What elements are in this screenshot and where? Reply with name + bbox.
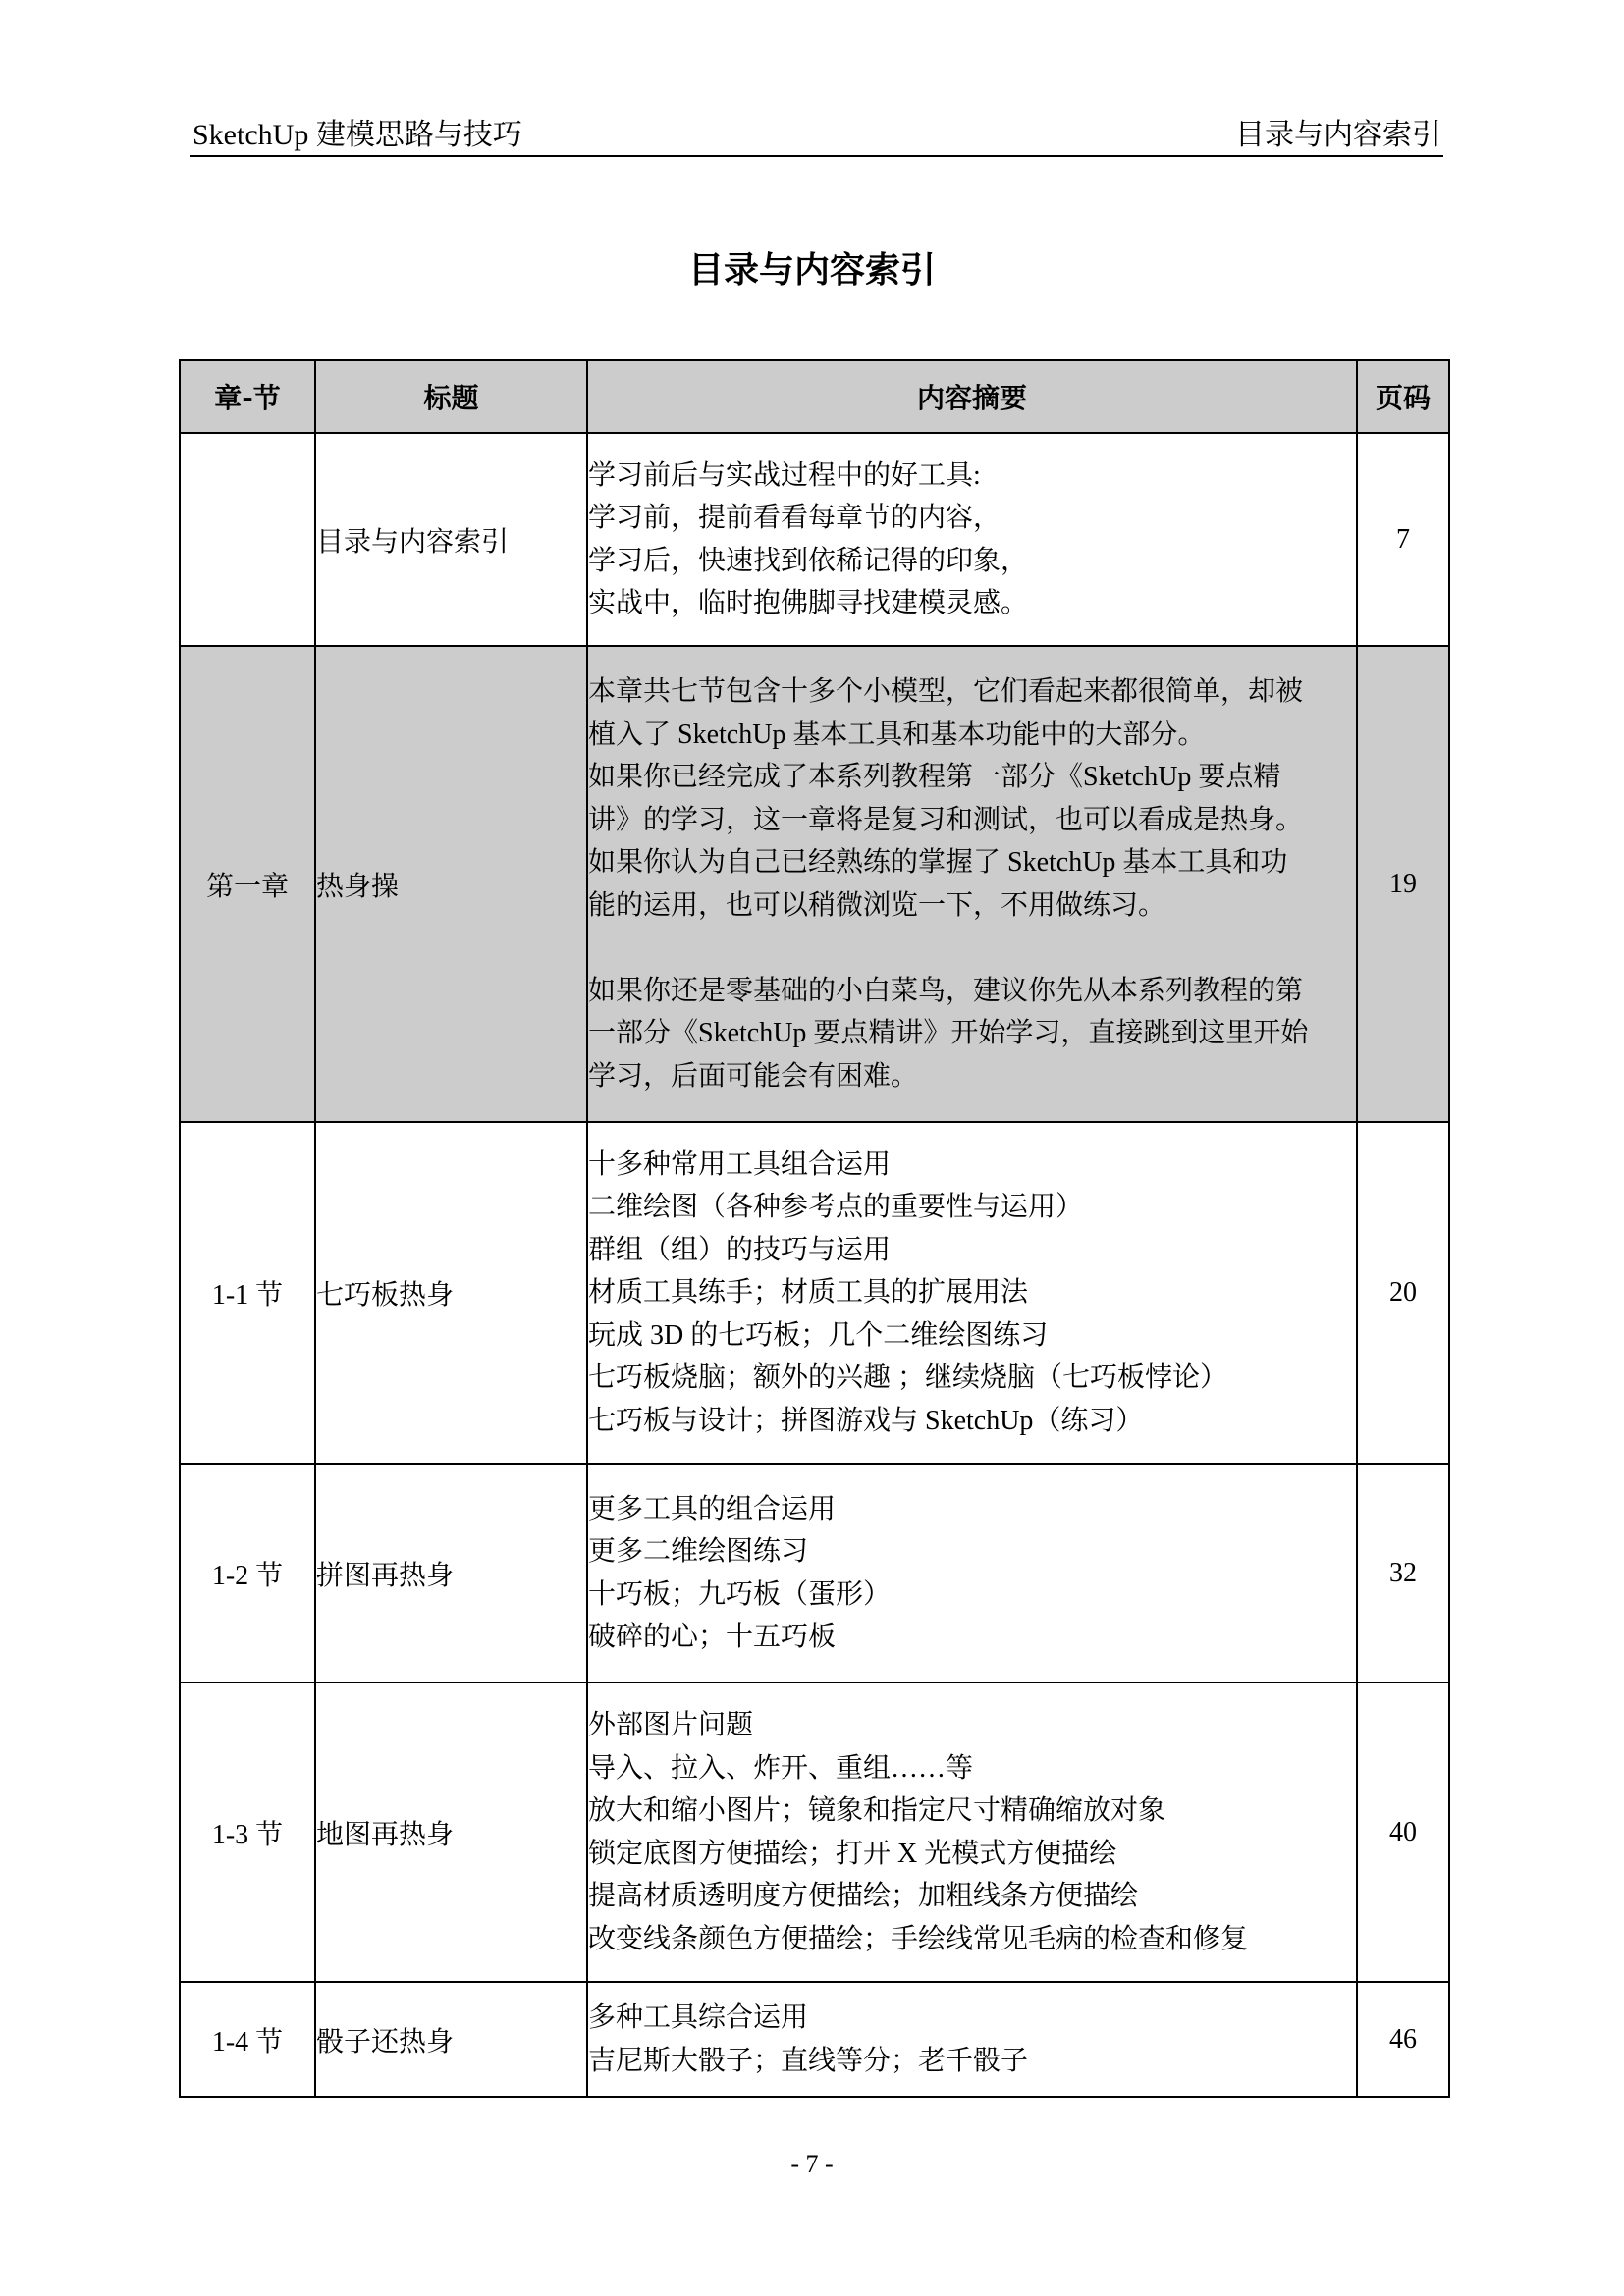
summary-cell: 多种工具综合运用 吉尼斯大骰子；直线等分；老千骰子	[587, 1982, 1357, 2097]
summary-line: 十多种常用工具组合运用	[588, 1144, 1356, 1187]
summary-line: 提高材质透明度方便描绘；加粗线条方便描绘	[588, 1875, 1356, 1918]
summary-line: 多种工具综合运用	[588, 1997, 1356, 2040]
summary-line: 能的运用，也可以稍微浏览一下，不用做练习。	[588, 884, 1356, 928]
book-title: SketchUp 建模思路与技巧	[192, 118, 522, 153]
summary-line: 群组（组）的技巧与运用	[588, 1229, 1356, 1272]
summary-line: 如果你还是零基础的小白菜鸟，建议你先从本系列教程的第	[588, 970, 1356, 1013]
summary-line: 更多二维绘图练习	[588, 1530, 1356, 1574]
section-cell	[180, 433, 315, 646]
summary-line: 七巧板烧脑；额外的兴趣 ；继续烧脑（七巧板悖论）	[588, 1357, 1356, 1400]
summary-line: 七巧板与设计；拼图游戏与 SketchUp（练习）	[588, 1400, 1356, 1443]
summary-line: 学习后，快速找到依稀记得的印象，	[588, 540, 1356, 583]
summary-line: 十巧板；九巧板（蛋形）	[588, 1574, 1356, 1617]
summary-cell: 本章共七节包含十多个小模型，它们看起来都很简单，却被 植入了 SketchUp …	[587, 646, 1357, 1122]
summary-cell: 十多种常用工具组合运用 二维绘图（各种参考点的重要性与运用） 群组（组）的技巧与…	[587, 1122, 1357, 1464]
column-header-title: 标题	[315, 360, 587, 433]
title-cell: 目录与内容索引	[315, 433, 587, 646]
summary-line: 学习，后面可能会有困难。	[588, 1055, 1356, 1098]
table-row: 1-3 节 地图再热身 外部图片问题 导入、拉入、炸开、重组……等 放大和缩小图…	[180, 1682, 1449, 1982]
summary-line: 吉尼斯大骰子；直线等分；老千骰子	[588, 2040, 1356, 2083]
page-cell: 46	[1357, 1982, 1449, 2097]
summary-line: 学习前后与实战过程中的好工具:	[588, 454, 1356, 498]
toc-table: 章-节 标题 内容摘要 页码 目录与内容索引 学习前后与实战过程中的好工具: 学…	[179, 359, 1450, 2098]
table-row: 第一章 热身操 本章共七节包含十多个小模型，它们看起来都很简单，却被 植入了 S…	[180, 646, 1449, 1122]
section-cell: 第一章	[180, 646, 315, 1122]
summary-line: 破碎的心；十五巧板	[588, 1616, 1356, 1659]
section-cell: 1-1 节	[180, 1122, 315, 1464]
summary-line: 更多工具的组合运用	[588, 1488, 1356, 1531]
table-header-row: 章-节 标题 内容摘要 页码	[180, 360, 1449, 433]
summary-line: 实战中，临时抱佛脚寻找建模灵感。	[588, 582, 1356, 625]
summary-line: 改变线条颜色方便描绘；手绘线常见毛病的检查和修复	[588, 1918, 1356, 1961]
summary-line: 学习前，提前看看每章节的内容，	[588, 497, 1356, 540]
summary-line: 植入了 SketchUp 基本工具和基本功能中的大部分。	[588, 714, 1356, 757]
summary-line: 一部分《SketchUp 要点精讲》开始学习，直接跳到这里开始	[588, 1012, 1356, 1055]
page-cell: 20	[1357, 1122, 1449, 1464]
summary-line: 如果你认为自己已经熟练的掌握了 SketchUp 基本工具和功	[588, 841, 1356, 884]
summary-line: 外部图片问题	[588, 1704, 1356, 1747]
page-cell: 7	[1357, 433, 1449, 646]
summary-line: 锁定底图方便描绘；打开 X 光模式方便描绘	[588, 1833, 1356, 1876]
summary-cell: 外部图片问题 导入、拉入、炸开、重组……等 放大和缩小图片；镜象和指定尺寸精确缩…	[587, 1682, 1357, 1982]
table-row: 1-1 节 七巧板热身 十多种常用工具组合运用 二维绘图（各种参考点的重要性与运…	[180, 1122, 1449, 1464]
summary-line: 导入、拉入、炸开、重组……等	[588, 1747, 1356, 1790]
column-header-section: 章-节	[180, 360, 315, 433]
title-cell: 拼图再热身	[315, 1464, 587, 1682]
title-cell: 热身操	[315, 646, 587, 1122]
summary-cell: 学习前后与实战过程中的好工具: 学习前，提前看看每章节的内容， 学习后，快速找到…	[587, 433, 1357, 646]
table-row: 目录与内容索引 学习前后与实战过程中的好工具: 学习前，提前看看每章节的内容， …	[180, 433, 1449, 646]
summary-blank-line	[588, 927, 1356, 970]
column-header-summary: 内容摘要	[587, 360, 1357, 433]
chapter-title: 目录与内容索引	[1235, 118, 1441, 153]
title-cell: 七巧板热身	[315, 1122, 587, 1464]
section-cell: 1-4 节	[180, 1982, 315, 2097]
summary-line: 材质工具练手；材质工具的扩展用法	[588, 1271, 1356, 1314]
title-cell: 地图再热身	[315, 1682, 587, 1982]
section-cell: 1-2 节	[180, 1464, 315, 1682]
section-cell: 1-3 节	[180, 1682, 315, 1982]
page-cell: 32	[1357, 1464, 1449, 1682]
summary-cell: 更多工具的组合运用 更多二维绘图练习 十巧板；九巧板（蛋形） 破碎的心；十五巧板	[587, 1464, 1357, 1682]
page-number: - 7 -	[0, 2150, 1624, 2179]
summary-line: 放大和缩小图片；镜象和指定尺寸精确缩放对象	[588, 1789, 1356, 1833]
title-cell: 骰子还热身	[315, 1982, 587, 2097]
summary-line: 二维绘图（各种参考点的重要性与运用）	[588, 1186, 1356, 1229]
table-row: 1-2 节 拼图再热身 更多工具的组合运用 更多二维绘图练习 十巧板；九巧板（蛋…	[180, 1464, 1449, 1682]
summary-line: 如果你已经完成了本系列教程第一部分《SketchUp 要点精	[588, 756, 1356, 799]
summary-line: 玩成 3D 的七巧板；几个二维绘图练习	[588, 1314, 1356, 1358]
page-cell: 19	[1357, 646, 1449, 1122]
table-row: 1-4 节 骰子还热身 多种工具综合运用 吉尼斯大骰子；直线等分；老千骰子 46	[180, 1982, 1449, 2097]
column-header-page: 页码	[1357, 360, 1449, 433]
running-header: SketchUp 建模思路与技巧 目录与内容索引	[190, 118, 1443, 157]
page-title: 目录与内容索引	[0, 249, 1624, 293]
page-cell: 40	[1357, 1682, 1449, 1982]
summary-line: 本章共七节包含十多个小模型，它们看起来都很简单，却被	[588, 670, 1356, 714]
summary-line: 讲》的学习，这一章将是复习和测试，也可以看成是热身。	[588, 799, 1356, 842]
